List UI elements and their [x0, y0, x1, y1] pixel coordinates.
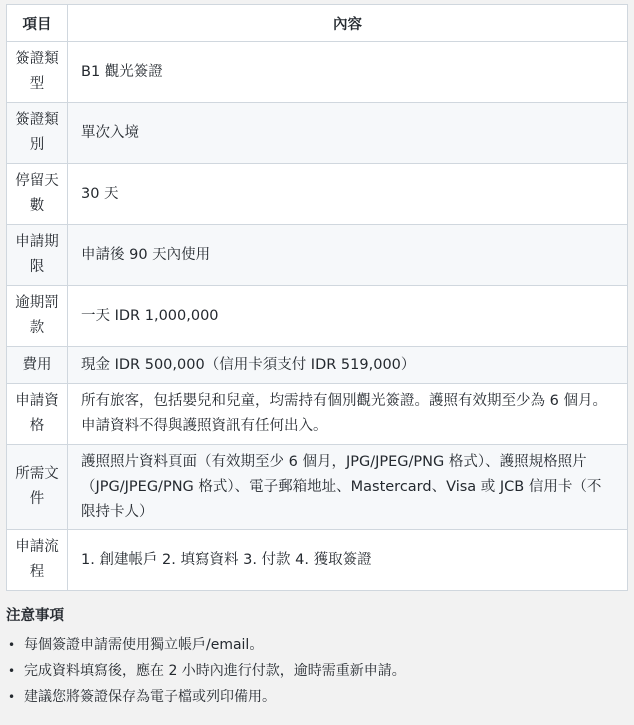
- bullet-icon: •: [8, 658, 15, 684]
- row-key: 簽證類型: [7, 42, 68, 103]
- row-key: 簽證類別: [7, 103, 68, 164]
- row-key: 申請期限: [7, 225, 68, 286]
- row-key: 申請資格: [7, 384, 68, 445]
- note-text: 建議您將簽證保存為電子檔或列印備用。: [24, 689, 276, 705]
- visa-info-table: 項目 內容 簽證類型 B1 觀光簽證 簽證類別 單次入境 停留天數 30 天 申…: [6, 4, 628, 591]
- table-row-overstay-fine: 逾期罰款 一天 IDR 1,000,000: [7, 286, 628, 347]
- note-text: 完成資料填寫後，應在 2 小時內進行付款，逾時需重新申請。: [24, 663, 406, 679]
- bullet-icon: •: [8, 684, 15, 710]
- row-value: 現金 IDR 500,000（信用卡須支付 IDR 519,000）: [68, 347, 628, 384]
- visa-info-table-container: 項目 內容 簽證類型 B1 觀光簽證 簽證類別 單次入境 停留天數 30 天 申…: [6, 4, 627, 591]
- row-key: 所需文件: [7, 445, 68, 530]
- notes-section: 注意事項 • 每個簽證申請需使用獨立帳戶/email。 • 完成資料填寫後，應在…: [6, 606, 626, 710]
- row-value: 申請後 90 天內使用: [68, 225, 628, 286]
- column-header-content: 內容: [68, 5, 628, 42]
- table-row-visa-category: 簽證類別 單次入境: [7, 103, 628, 164]
- table-row-application-process: 申請流程 1. 創建帳戶 2. 填寫資料 3. 付款 4. 獲取簽證: [7, 530, 628, 591]
- note-text: 每個簽證申請需使用獨立帳戶/email。: [24, 637, 263, 653]
- list-item: • 建議您將簽證保存為電子檔或列印備用。: [6, 684, 626, 710]
- table-row-visa-type: 簽證類型 B1 觀光簽證: [7, 42, 628, 103]
- row-value: B1 觀光簽證: [68, 42, 628, 103]
- row-key: 停留天數: [7, 164, 68, 225]
- bullet-icon: •: [8, 632, 15, 658]
- table-row-eligibility: 申請資格 所有旅客，包括嬰兒和兒童，均需持有個別觀光簽證。護照有效期至少為 6 …: [7, 384, 628, 445]
- table-row-required-documents: 所需文件 護照照片資料頁面（有效期至少 6 個月，JPG/JPEG/PNG 格式…: [7, 445, 628, 530]
- row-value: 所有旅客，包括嬰兒和兒童，均需持有個別觀光簽證。護照有效期至少為 6 個月。申請…: [68, 384, 628, 445]
- row-value: 1. 創建帳戶 2. 填寫資料 3. 付款 4. 獲取簽證: [68, 530, 628, 591]
- column-header-item: 項目: [7, 5, 68, 42]
- table-header-row: 項目 內容: [7, 5, 628, 42]
- row-value: 30 天: [68, 164, 628, 225]
- row-value: 護照照片資料頁面（有效期至少 6 個月，JPG/JPEG/PNG 格式）、護照規…: [68, 445, 628, 530]
- table-row-fee: 費用 現金 IDR 500,000（信用卡須支付 IDR 519,000）: [7, 347, 628, 384]
- row-value: 一天 IDR 1,000,000: [68, 286, 628, 347]
- list-item: • 完成資料填寫後，應在 2 小時內進行付款，逾時需重新申請。: [6, 658, 626, 684]
- notes-title: 注意事項: [6, 606, 626, 626]
- table-row-validity-period: 申請期限 申請後 90 天內使用: [7, 225, 628, 286]
- row-value: 單次入境: [68, 103, 628, 164]
- list-item: • 每個簽證申請需使用獨立帳戶/email。: [6, 632, 626, 658]
- row-key: 申請流程: [7, 530, 68, 591]
- notes-list: • 每個簽證申請需使用獨立帳戶/email。 • 完成資料填寫後，應在 2 小時…: [6, 632, 626, 710]
- row-key: 費用: [7, 347, 68, 384]
- table-row-stay-days: 停留天數 30 天: [7, 164, 628, 225]
- row-key: 逾期罰款: [7, 286, 68, 347]
